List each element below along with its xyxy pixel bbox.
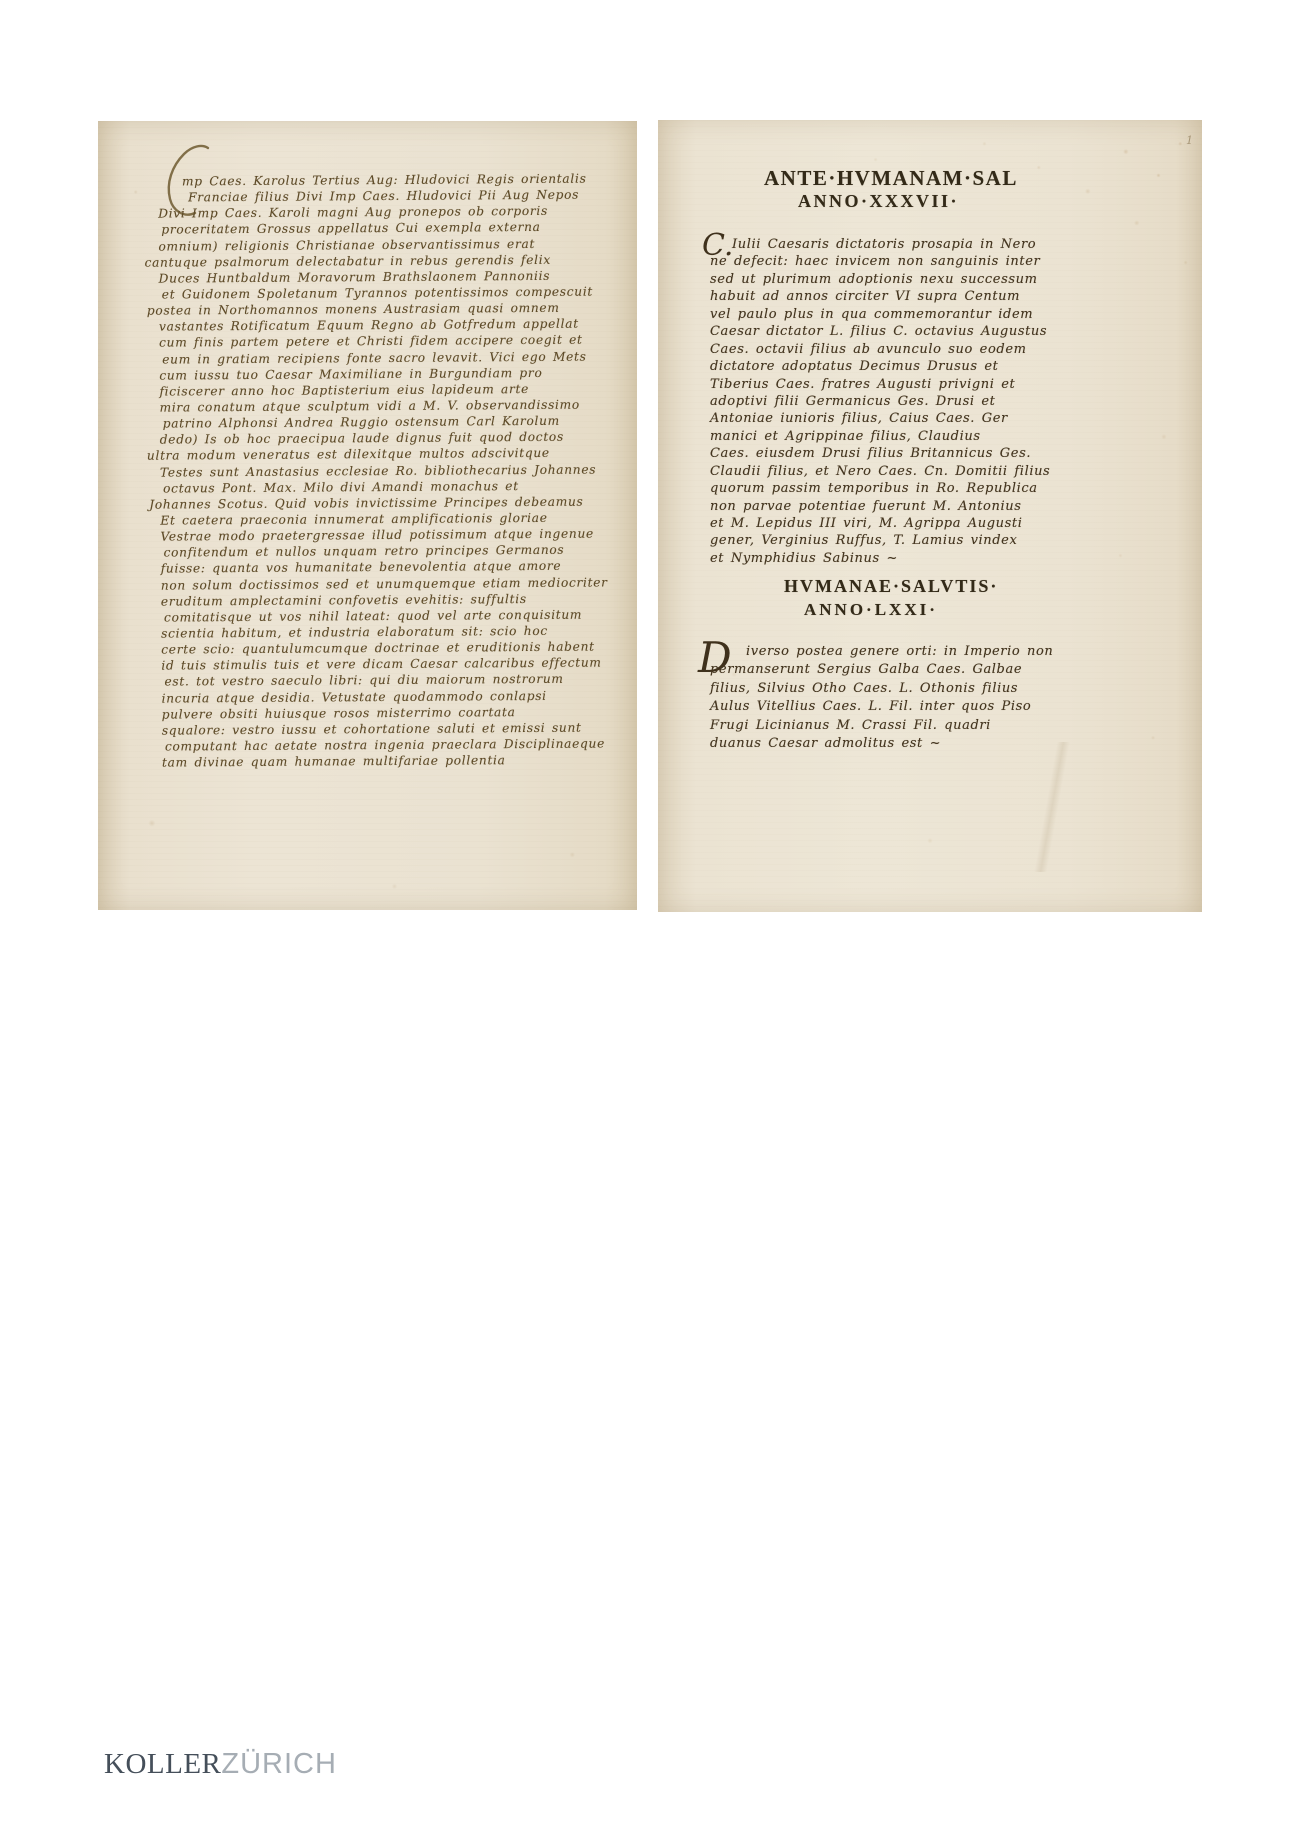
manuscript-line: vel paulo plus in qua commemorantur idem — [710, 306, 1040, 323]
right-page-paragraph-1: Iulii Caesaris dictatoris prosapia in Ne… — [710, 236, 1040, 567]
manuscript-line: filius, Silvius Otho Caes. L. Othonis fi… — [710, 680, 1040, 698]
logo-zurich-text: ZÜRICH — [221, 1748, 337, 1780]
manuscript-line: Caes. octavii filius ab avunculo suo eod… — [710, 341, 1040, 358]
manuscript-line: Caes. eiusdem Drusi filius Britannicus G… — [710, 445, 1040, 462]
manuscript-line: computant hac aetate nostra ingenia prae… — [162, 735, 612, 754]
manuscript-line: manici et Agrippinae filius, Claudius — [710, 428, 1040, 445]
manuscript-line: Testes sunt Anastasius ecclesiae Ro. bib… — [160, 461, 610, 480]
catalog-page: mp Caes. Karolus Tertius Aug: Hludovici … — [0, 0, 1300, 1839]
manuscript-line: quorum passim temporibus in Ro. Republic… — [710, 480, 1040, 497]
paper-crease — [902, 742, 1202, 872]
koller-zurich-logo: KOLLERZÜRICH — [104, 1748, 337, 1781]
section-heading-anno-lxxi: ANNO·LXXI· — [804, 600, 938, 620]
section-heading-ante-humanam: ANTE·HVMANAM·SAL — [764, 166, 1018, 191]
manuscript-line: iverso postea genere orti: in Imperio no… — [710, 643, 1040, 661]
left-page-text-block: mp Caes. Karolus Tertius Aug: Hludovici … — [158, 170, 612, 770]
manuscript-line: sed ut plurimum adoptionis nexu successu… — [710, 271, 1040, 288]
manuscript-line: permanserunt Sergius Galba Caes. Galbae — [710, 661, 1040, 679]
manuscript-line: Aulus Vitellius Caes. L. Fil. inter quos… — [710, 698, 1040, 716]
manuscript-line: habuit ad annos circiter VI supra Centum — [710, 288, 1040, 305]
section-heading-anno-xxxvii: ANNO·XXXVII· — [798, 191, 959, 212]
manuscript-line: non parvae potentiae fuerunt M. Antonius — [710, 498, 1040, 515]
manuscript-line: Iulii Caesaris dictatoris prosapia in Ne… — [710, 236, 1040, 253]
section-heading-humanae-salvtis: HVMANAE·SALVTIS· — [784, 576, 998, 597]
manuscript-line: Caesar dictator L. filius C. octavius Au… — [710, 323, 1040, 340]
manuscript-left-page: mp Caes. Karolus Tertius Aug: Hludovici … — [98, 121, 637, 910]
manuscript-line: Tiberius Caes. fratres Augusti privigni … — [710, 376, 1040, 393]
logo-koller-text: KOLLER — [104, 1748, 221, 1780]
manuscript-line: Antoniae iunioris filius, Caius Caes. Ge… — [710, 410, 1040, 427]
right-page-paragraph-2: iverso postea genere orti: in Imperio no… — [710, 643, 1040, 753]
manuscript-line: et M. Lepidus III viri, M. Agrippa Augus… — [710, 515, 1040, 532]
manuscript-line: incuria atque desidia. Vetustate quodamm… — [162, 687, 612, 706]
manuscript-line: et Nymphidius Sabinus ~ — [710, 550, 1040, 567]
manuscript-line: tam divinae quam humanae multifariae pol… — [162, 751, 612, 770]
manuscript-line: Claudii filius, et Nero Caes. Cn. Domiti… — [710, 463, 1040, 480]
manuscript-line: adoptivi filii Germanicus Ges. Drusi et — [710, 393, 1040, 410]
manuscript-line: non solum doctissimos sed et unumquemque… — [161, 574, 613, 593]
manuscript-line: gener, Verginius Ruffus, T. Lamius vinde… — [710, 532, 1040, 549]
manuscript-line: dictatore adoptatus Decimus Drusus et — [710, 358, 1040, 375]
manuscript-line: cum iussu tuo Caesar Maximiliane in Burg… — [159, 364, 609, 383]
manuscript-line: ne defecit: haec invicem non sanguinis i… — [710, 253, 1040, 270]
manuscript-right-page: 1 ANTE·HVMANAM·SAL ANNO·XXXVII· C. Iulii… — [658, 120, 1202, 912]
manuscript-line: Frugi Licinianus M. Crassi Fil. quadri — [710, 717, 1040, 735]
folio-mark: 1 — [1186, 134, 1193, 147]
